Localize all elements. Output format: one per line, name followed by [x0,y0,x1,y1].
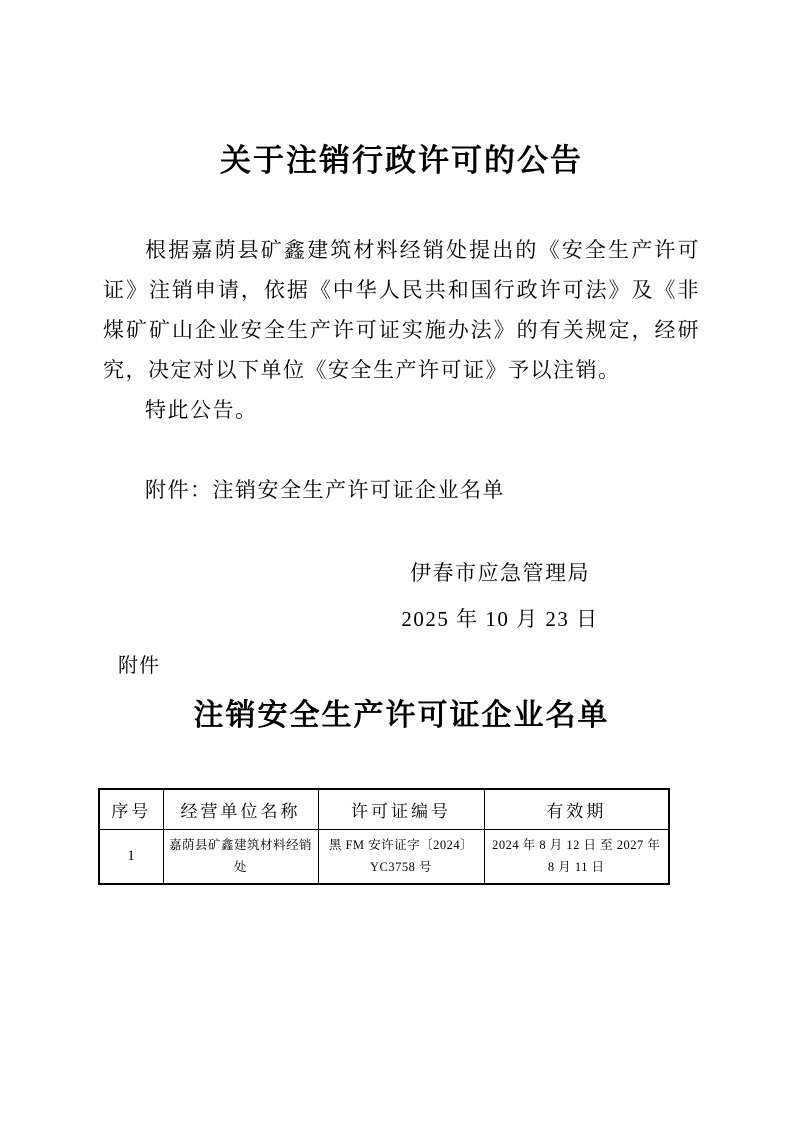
column-header-validity: 有效期 [484,789,669,829]
cell-license-no: 黑 FM 安许证字〔2024〕YC3758 号 [318,829,484,884]
attachment-label: 附件 [118,652,700,680]
table-row: 1 嘉荫县矿鑫建筑材料经销处 黑 FM 安许证字〔2024〕YC3758 号 2… [99,829,669,884]
document-title: 关于注销行政许可的公告 [103,140,700,182]
column-header-seq: 序号 [99,789,163,829]
attachment-title: 注销安全生产许可证企业名单 [103,696,700,736]
license-table: 序号 经营单位名称 许可证编号 有效期 1 嘉荫县矿鑫建筑材料经销处 黑 FM … [98,788,670,885]
document-page: 关于注销行政许可的公告 根据嘉荫县矿鑫建筑材料经销处提出的《安全生产许可证》注销… [0,0,793,1122]
body-paragraph-main: 根据嘉荫县矿鑫建筑材料经销处提出的《安全生产许可证》注销申请，依据《中华人民共和… [103,230,700,390]
document-content: 关于注销行政许可的公告 根据嘉荫县矿鑫建筑材料经销处提出的《安全生产许可证》注销… [0,140,793,885]
attachment-reference-line: 附件：注销安全生产许可证企业名单 [103,470,700,510]
table-header-row: 序号 经营单位名称 许可证编号 有效期 [99,789,669,829]
signature-block: 伊春市应急管理局 2025 年 10 月 23 日 [350,550,650,642]
cell-seq: 1 [99,829,163,884]
column-header-license-no: 许可证编号 [318,789,484,829]
issue-date: 2025 年 10 月 23 日 [350,596,650,642]
body-paragraph-notice: 特此公告。 [103,390,700,430]
issuing-authority: 伊春市应急管理局 [350,550,650,596]
column-header-unit-name: 经营单位名称 [163,789,318,829]
cell-unit-name: 嘉荫县矿鑫建筑材料经销处 [163,829,318,884]
cell-validity: 2024 年 8 月 12 日 至 2027 年 8 月 11 日 [484,829,669,884]
